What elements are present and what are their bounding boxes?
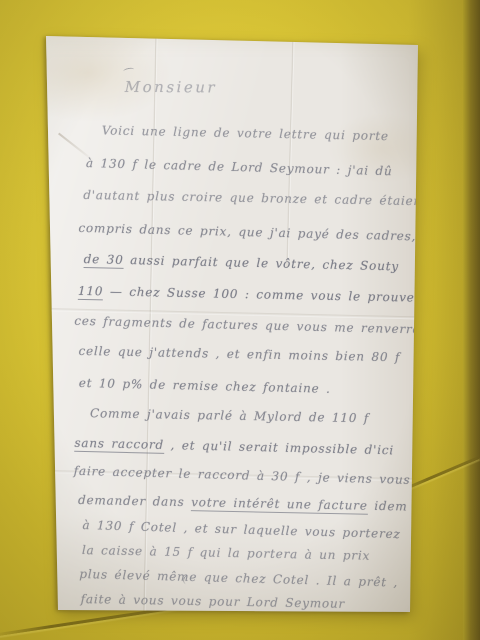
folder-edge-strip — [463, 0, 480, 640]
letter-line-segment: ces fragments de factures que vous me re… — [74, 314, 465, 338]
letter-line-segment: de 30 — [84, 252, 124, 269]
letter-line-segment: , et qu'il serait impossible d'ici — [164, 438, 394, 457]
letter-line: à 130 f le cadre de Lord Seymour : j'ai … — [86, 156, 393, 178]
letter-line-segment: 110 — [78, 284, 104, 301]
letter-line: et 10 p% de remise chez fontaine . — [79, 376, 331, 396]
letter-paper: Monsieur Voici une ligne de votre lettre… — [28, 28, 428, 620]
letter-line-segment: faite à vous vous pour Lord Seymour — [81, 592, 346, 611]
letter-line: sans raccord , et qu'il serait impossibl… — [74, 436, 394, 458]
stray-ink-mark — [123, 67, 135, 74]
letter-line-segment: à 130 f le cadre de Lord Seymour : j'ai … — [86, 156, 393, 178]
letter-line-segment: et 10 p% de remise chez fontaine . — [79, 376, 331, 396]
letter-line-segment: votre intérêt une facture — [191, 495, 368, 515]
letter-salutation: Monsieur — [125, 78, 217, 97]
letter-line-segment: la caisse à 15 f qui la portera à un pri… — [82, 543, 370, 563]
letter-line-segment: aussi parfait que le vôtre, chez Souty — [123, 253, 399, 273]
letter-line-segment: sans raccord — [74, 436, 164, 454]
letter-paper-wrapper: Monsieur Voici une ligne de votre lettre… — [28, 28, 428, 620]
letter-line-segment: faire accepter le raccord à 30 f , je vi… — [74, 464, 411, 487]
letter-line-segment: — chez Susse 100 : comme vous le prouver… — [103, 284, 443, 305]
letter-body: Voici une ligne de votre lettre qui port… — [46, 36, 418, 45]
letter-line: demander dans votre intérêt une facture … — [78, 493, 408, 514]
letter-line: à 130 f Cotel , et sur laquelle vous por… — [82, 518, 401, 541]
letter-line-segment: à 130 f Cotel , et sur laquelle vous por… — [82, 518, 401, 541]
letter-line: d'autant plus croire que bronze et cadre… — [83, 188, 428, 208]
letter-line: ces fragments de factures que vous me re… — [74, 314, 465, 338]
letter-line-segment: Comme j'avais parlé à Mylord de 110 f — [90, 406, 369, 425]
letter-line: plus élevé même que chez Cotel . Il a pr… — [79, 567, 398, 590]
photo-scene: Monsieur Voici une ligne de votre lettre… — [0, 0, 480, 640]
letter-line: Voici une ligne de votre lettre qui port… — [102, 123, 389, 143]
letter-line: compris dans ce prix, que j'ai payé des … — [78, 221, 416, 244]
letter-line-segment: idem — [368, 499, 408, 514]
letter-line: la caisse à 15 f qui la portera à un pri… — [82, 543, 370, 563]
letter-line-segment: plus élevé même que chez Cotel . Il a pr… — [79, 567, 398, 590]
letter-line: Comme j'avais parlé à Mylord de 110 f — [90, 406, 369, 425]
letter-line-segment: Voici une ligne de votre lettre qui port… — [102, 123, 389, 143]
letter-line-segment: celle que j'attends , et enfin moins bie… — [78, 344, 400, 364]
handwriting-layer: Monsieur Voici une ligne de votre lettre… — [32, 36, 417, 621]
letter-line-segment: compris dans ce prix, que j'ai payé des … — [78, 221, 416, 244]
letter-line: 110 — chez Susse 100 : comme vous le pro… — [78, 284, 444, 305]
letter-line-segment: demander dans — [78, 493, 191, 509]
letter-line: de 30 aussi parfait que le vôtre, chez S… — [84, 252, 399, 273]
letter-line: celle que j'attends , et enfin moins bie… — [78, 344, 400, 364]
letter-line: faite à vous vous pour Lord Seymour — [81, 592, 346, 611]
letter-line-segment: d'autant plus croire que bronze et cadre… — [83, 188, 428, 208]
letter-line: faire accepter le raccord à 30 f , je vi… — [74, 464, 411, 487]
